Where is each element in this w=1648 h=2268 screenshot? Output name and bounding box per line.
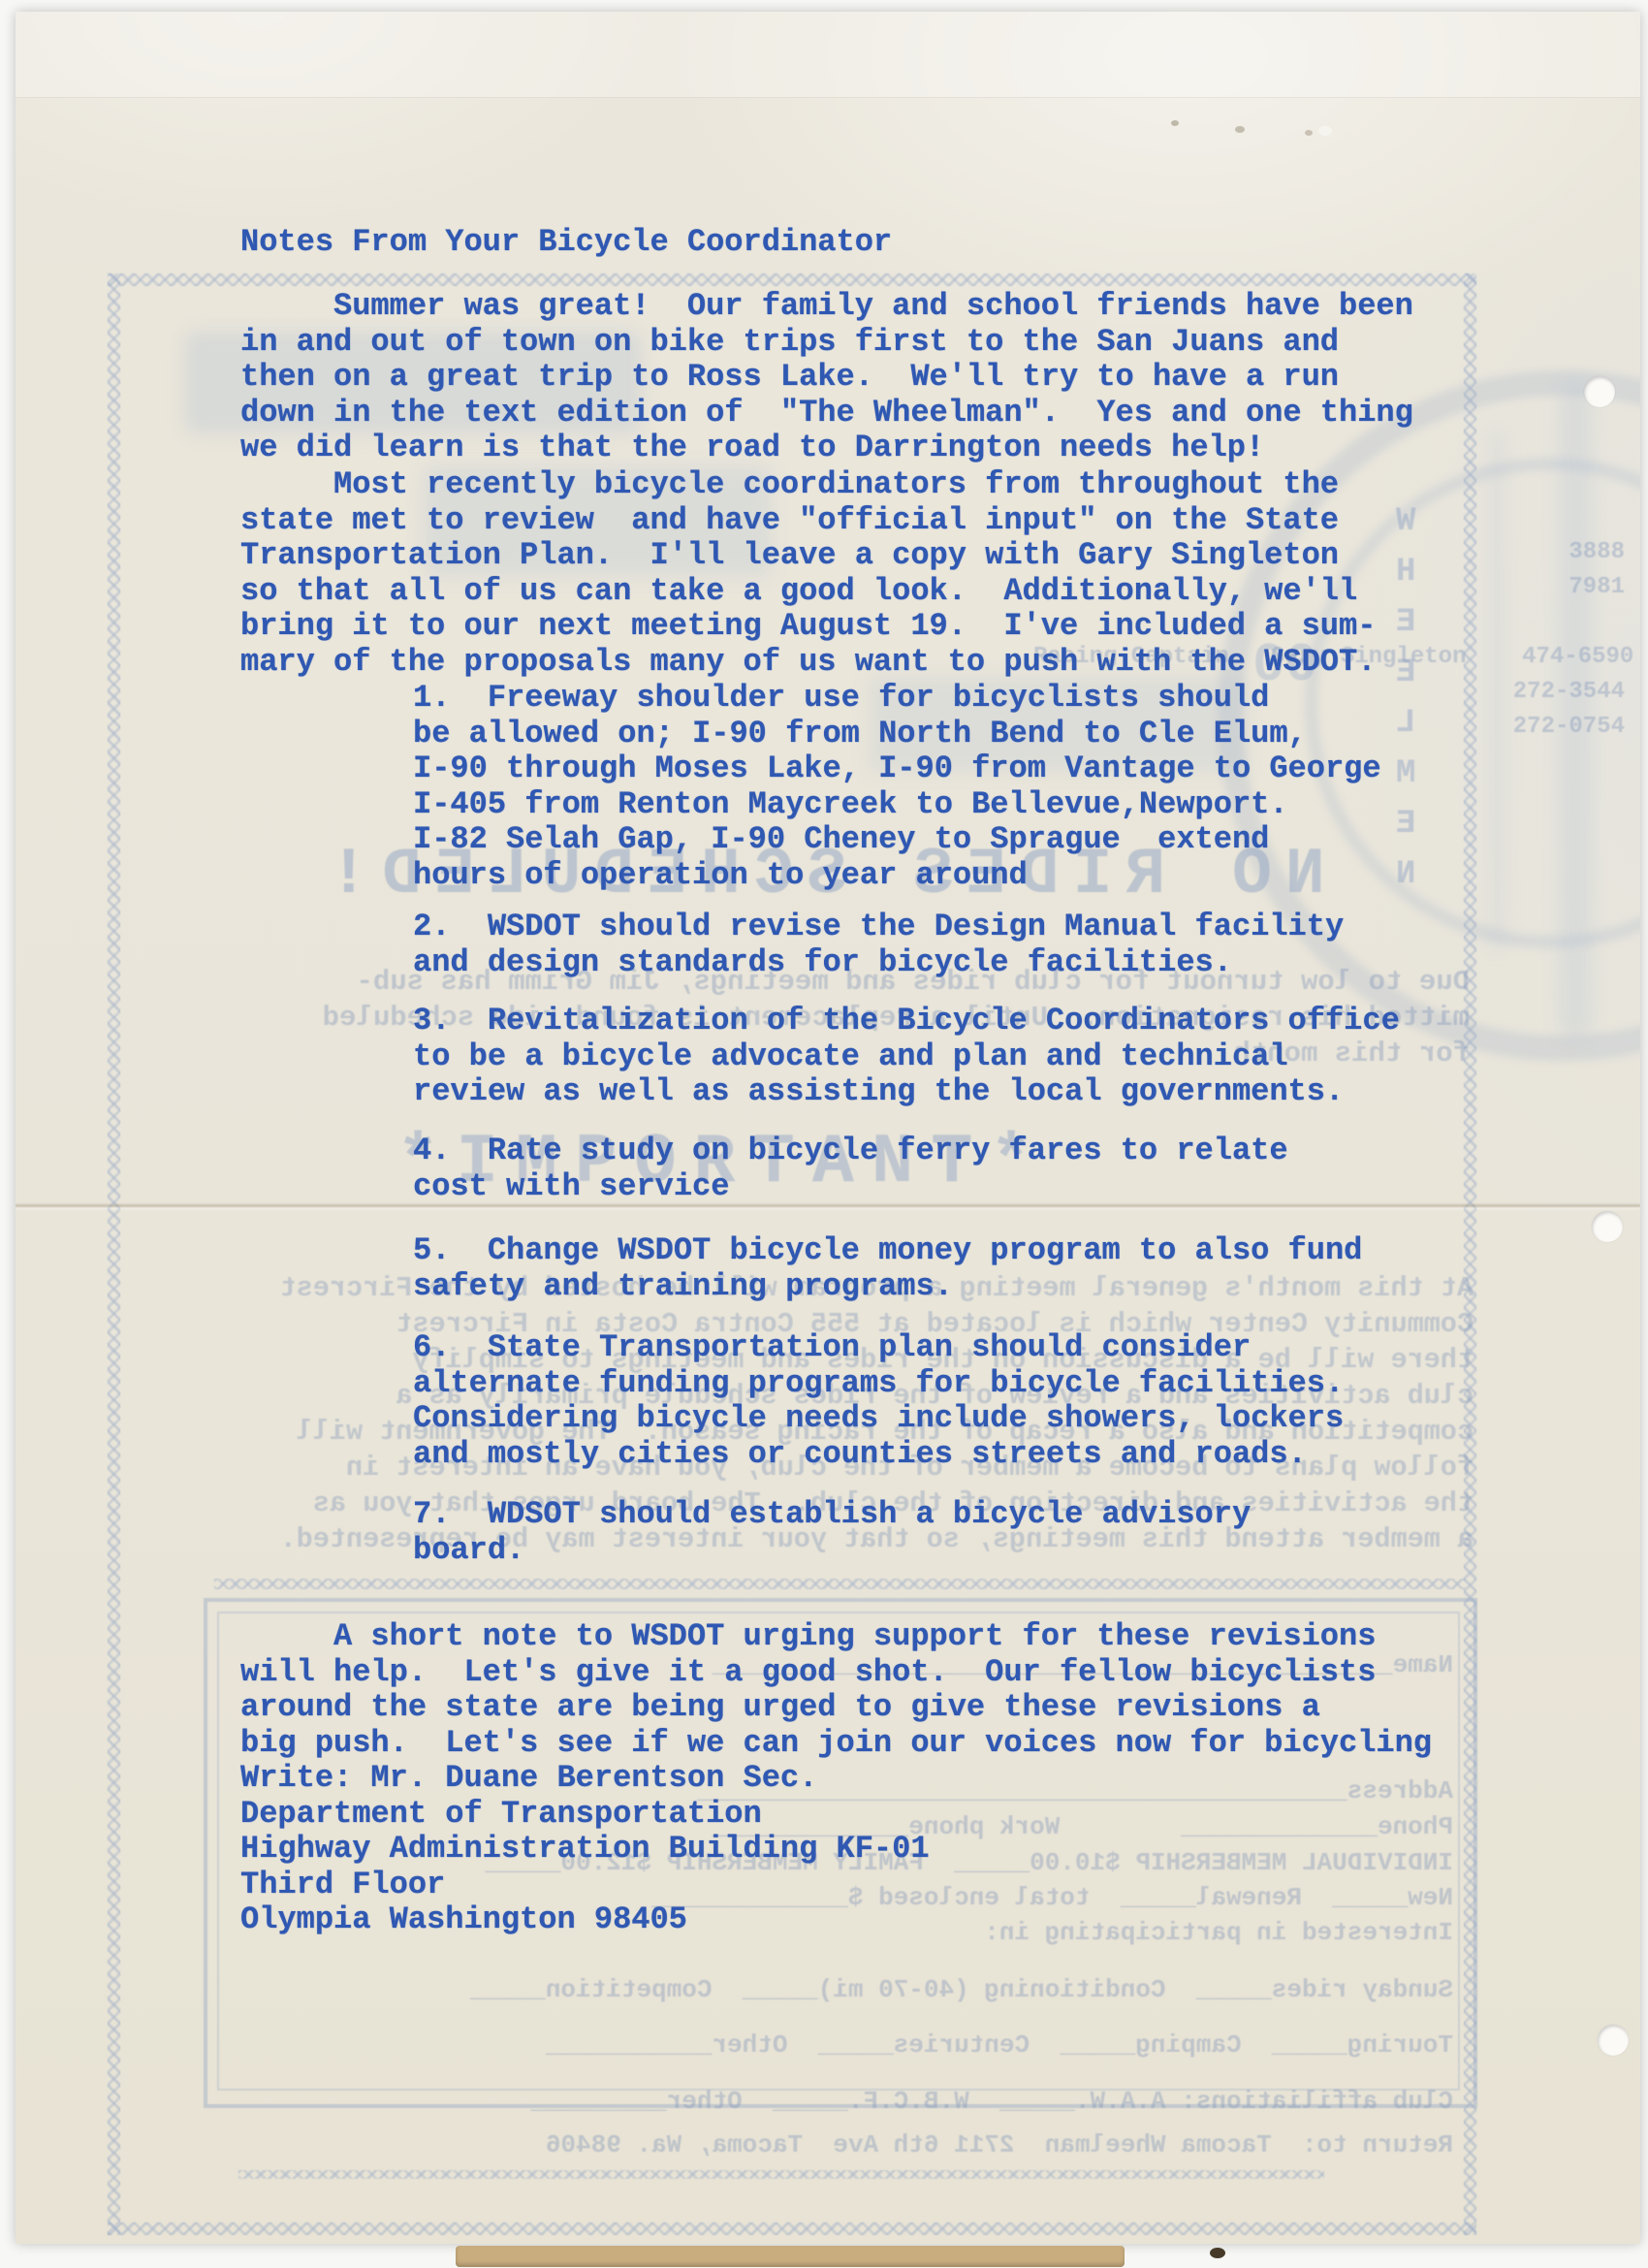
page-title: Notes From Your Bicycle Coordinator xyxy=(240,225,892,261)
scanned-page: W H E E L M E N 00 3888 7981 Racing Capt… xyxy=(0,0,1648,2268)
hole-punch-bottom xyxy=(1598,2025,1629,2056)
ghost-border-left xyxy=(108,273,120,2235)
ghost-form-row-rides: Sunday rides_____ Conditioning (40-70 mi… xyxy=(243,1975,1453,2004)
ghost-form-row-return-to: Return to: Tacoma Wheelman 2711 6th Ave … xyxy=(243,2130,1453,2159)
hole-punch-middle xyxy=(1592,1211,1623,1242)
fold-crease xyxy=(16,1204,1640,1207)
top-light-band xyxy=(16,12,1640,98)
paper-speck xyxy=(1235,126,1245,133)
scanner-bed-speck xyxy=(1210,2248,1225,2258)
intro-paragraph: Summer was great! Our family and school … xyxy=(240,289,1413,466)
closing-paragraph-and-address: A short note to WSDOT urging support for… xyxy=(240,1619,1432,1938)
paper-sheet: W H E E L M E N 00 3888 7981 Racing Capt… xyxy=(16,12,1640,2244)
ghost-form-divider xyxy=(214,1579,1465,1589)
paper-speck xyxy=(1171,120,1179,126)
hole-punch-top xyxy=(1584,376,1615,407)
ghost-border-top xyxy=(108,273,1476,286)
ghost-form-row-affiliations: Club affiliations: A.A.W._____ W.B.C.F._… xyxy=(243,2087,1453,2116)
paper-nick xyxy=(1318,126,1332,136)
proposal-item-5: 5. Change WSDOT bicycle money program to… xyxy=(413,1233,1362,1304)
proposal-item-6: 6. State Transportation plan should cons… xyxy=(413,1330,1344,1472)
scanner-bed-strip xyxy=(456,2246,1125,2267)
proposal-item-2: 2. WSDOT should revise the Design Manual… xyxy=(413,910,1344,980)
proposal-item-7: 7. WDSOT should establish a bicycle advi… xyxy=(413,1497,1251,1568)
proposal-item-3: 3. Revitalization of the Bicycle Coordin… xyxy=(413,1004,1400,1110)
ghost-border-bottom xyxy=(108,2222,1476,2235)
ghost-form-row-touring: Touring_____ Camping_____ Centuries_____… xyxy=(243,2030,1453,2060)
ghost-return-divider xyxy=(238,2170,1324,2179)
paper-speck xyxy=(1305,130,1313,136)
proposal-item-4: 4. Rate study on bicycle ferry fares to … xyxy=(413,1134,1288,1204)
proposal-item-1: 1. Freeway shoulder use for bicyclists s… xyxy=(413,681,1381,893)
update-paragraph: Most recently bicycle coordinators from … xyxy=(240,467,1376,680)
